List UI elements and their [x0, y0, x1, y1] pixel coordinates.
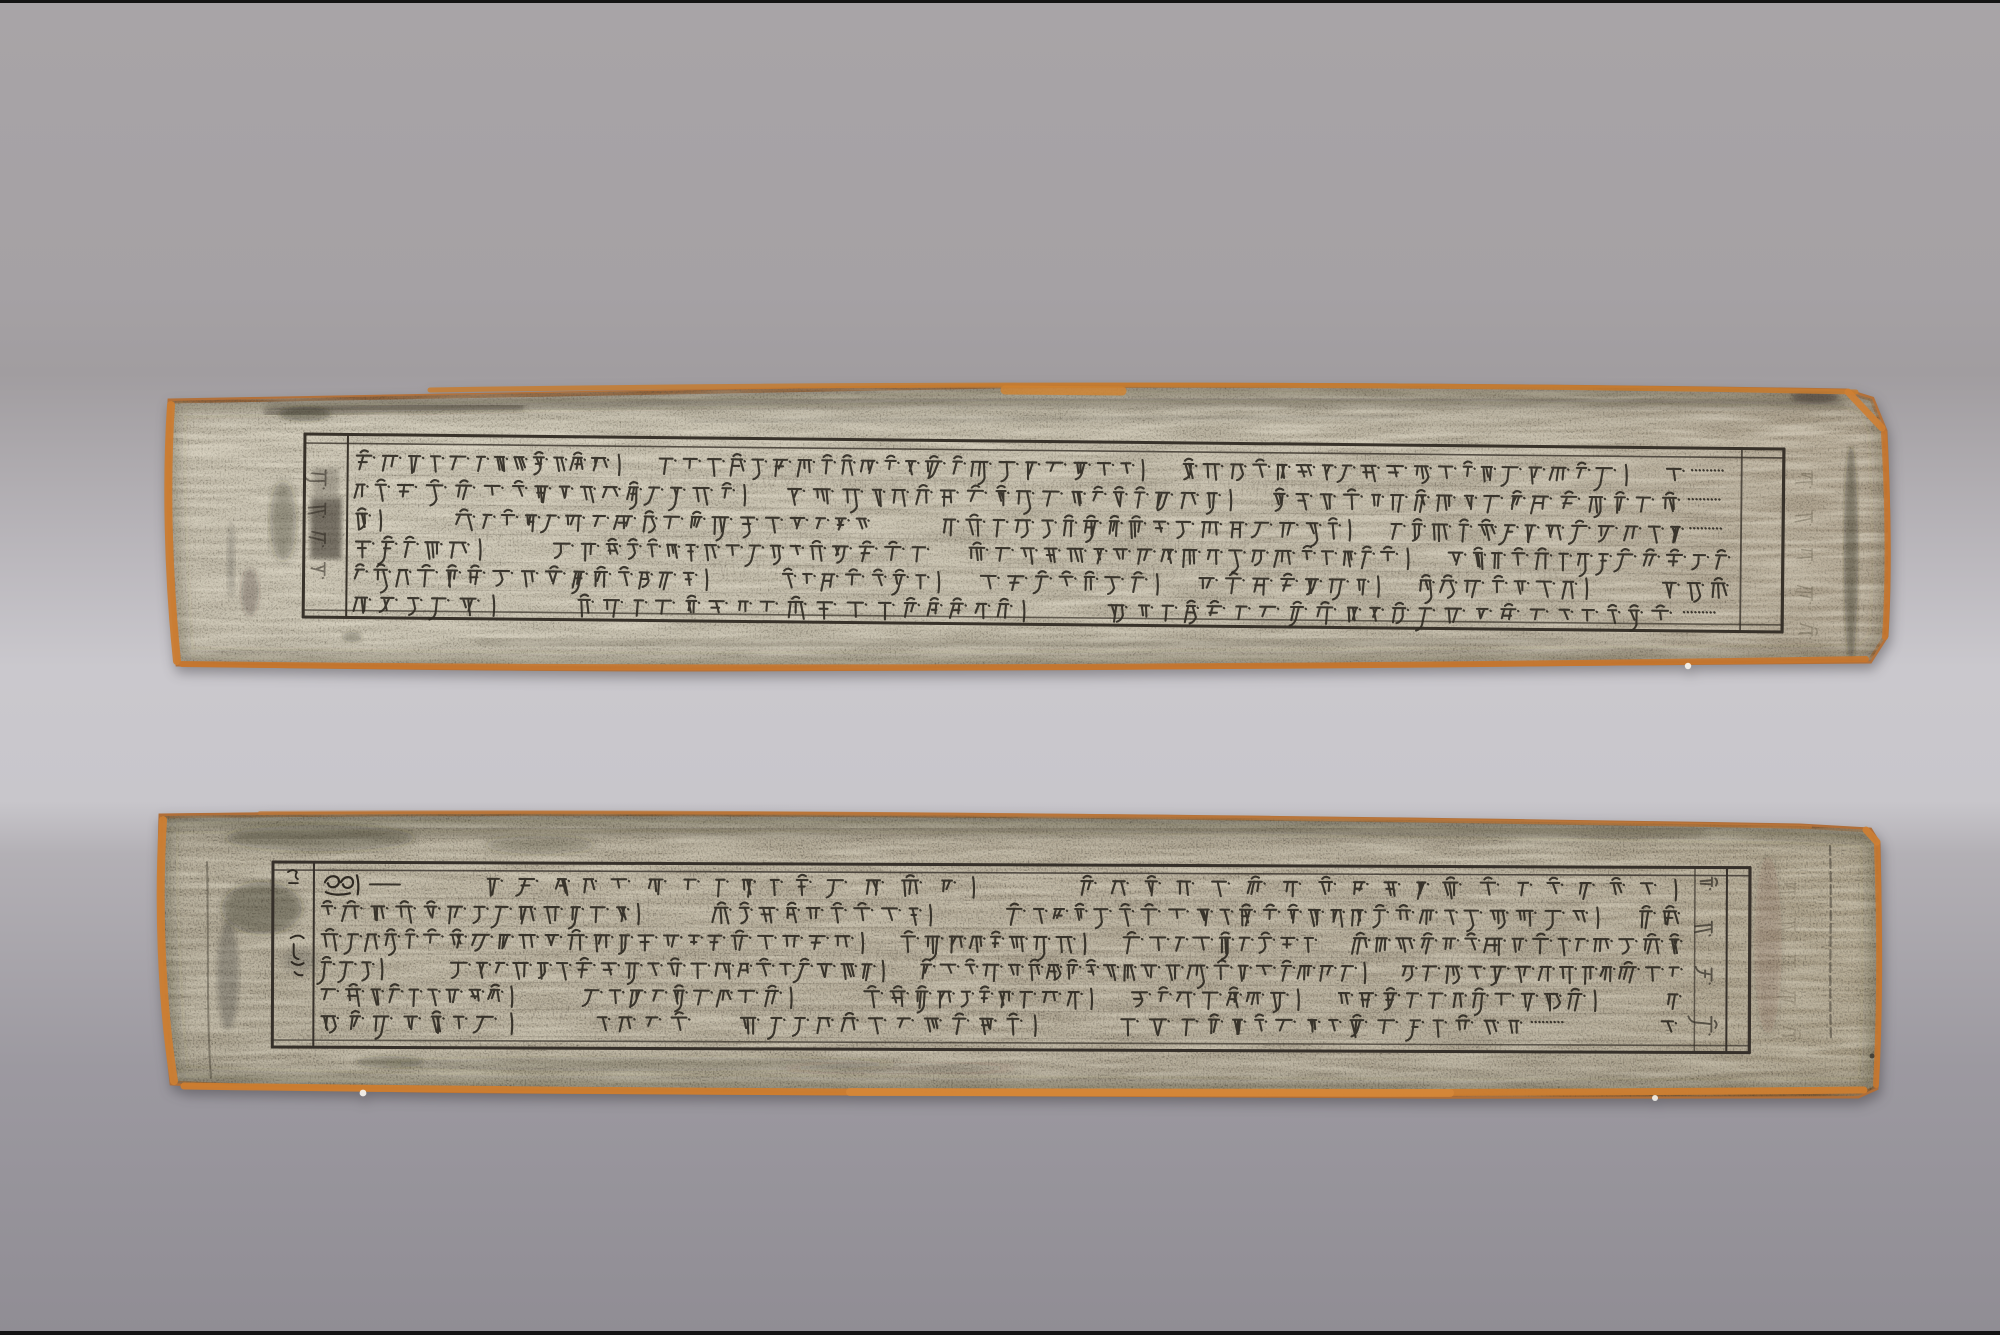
smudged-label-blot [311, 498, 342, 558]
dark-speck [1870, 1054, 1875, 1059]
letterbox-top-bar [0, 0, 2000, 3]
white-speck [1652, 1095, 1658, 1101]
paper-shading [140, 380, 1900, 680]
lower-folio [120, 780, 1892, 1120]
letterbox-bottom-bar [0, 1331, 2000, 1335]
smudged-label-blot-2 [313, 468, 338, 496]
photograph-of-pothi-folios [0, 0, 2000, 1335]
white-speck [1685, 663, 1691, 669]
upper-folio [128, 358, 1908, 688]
white-speck [360, 1090, 367, 1097]
